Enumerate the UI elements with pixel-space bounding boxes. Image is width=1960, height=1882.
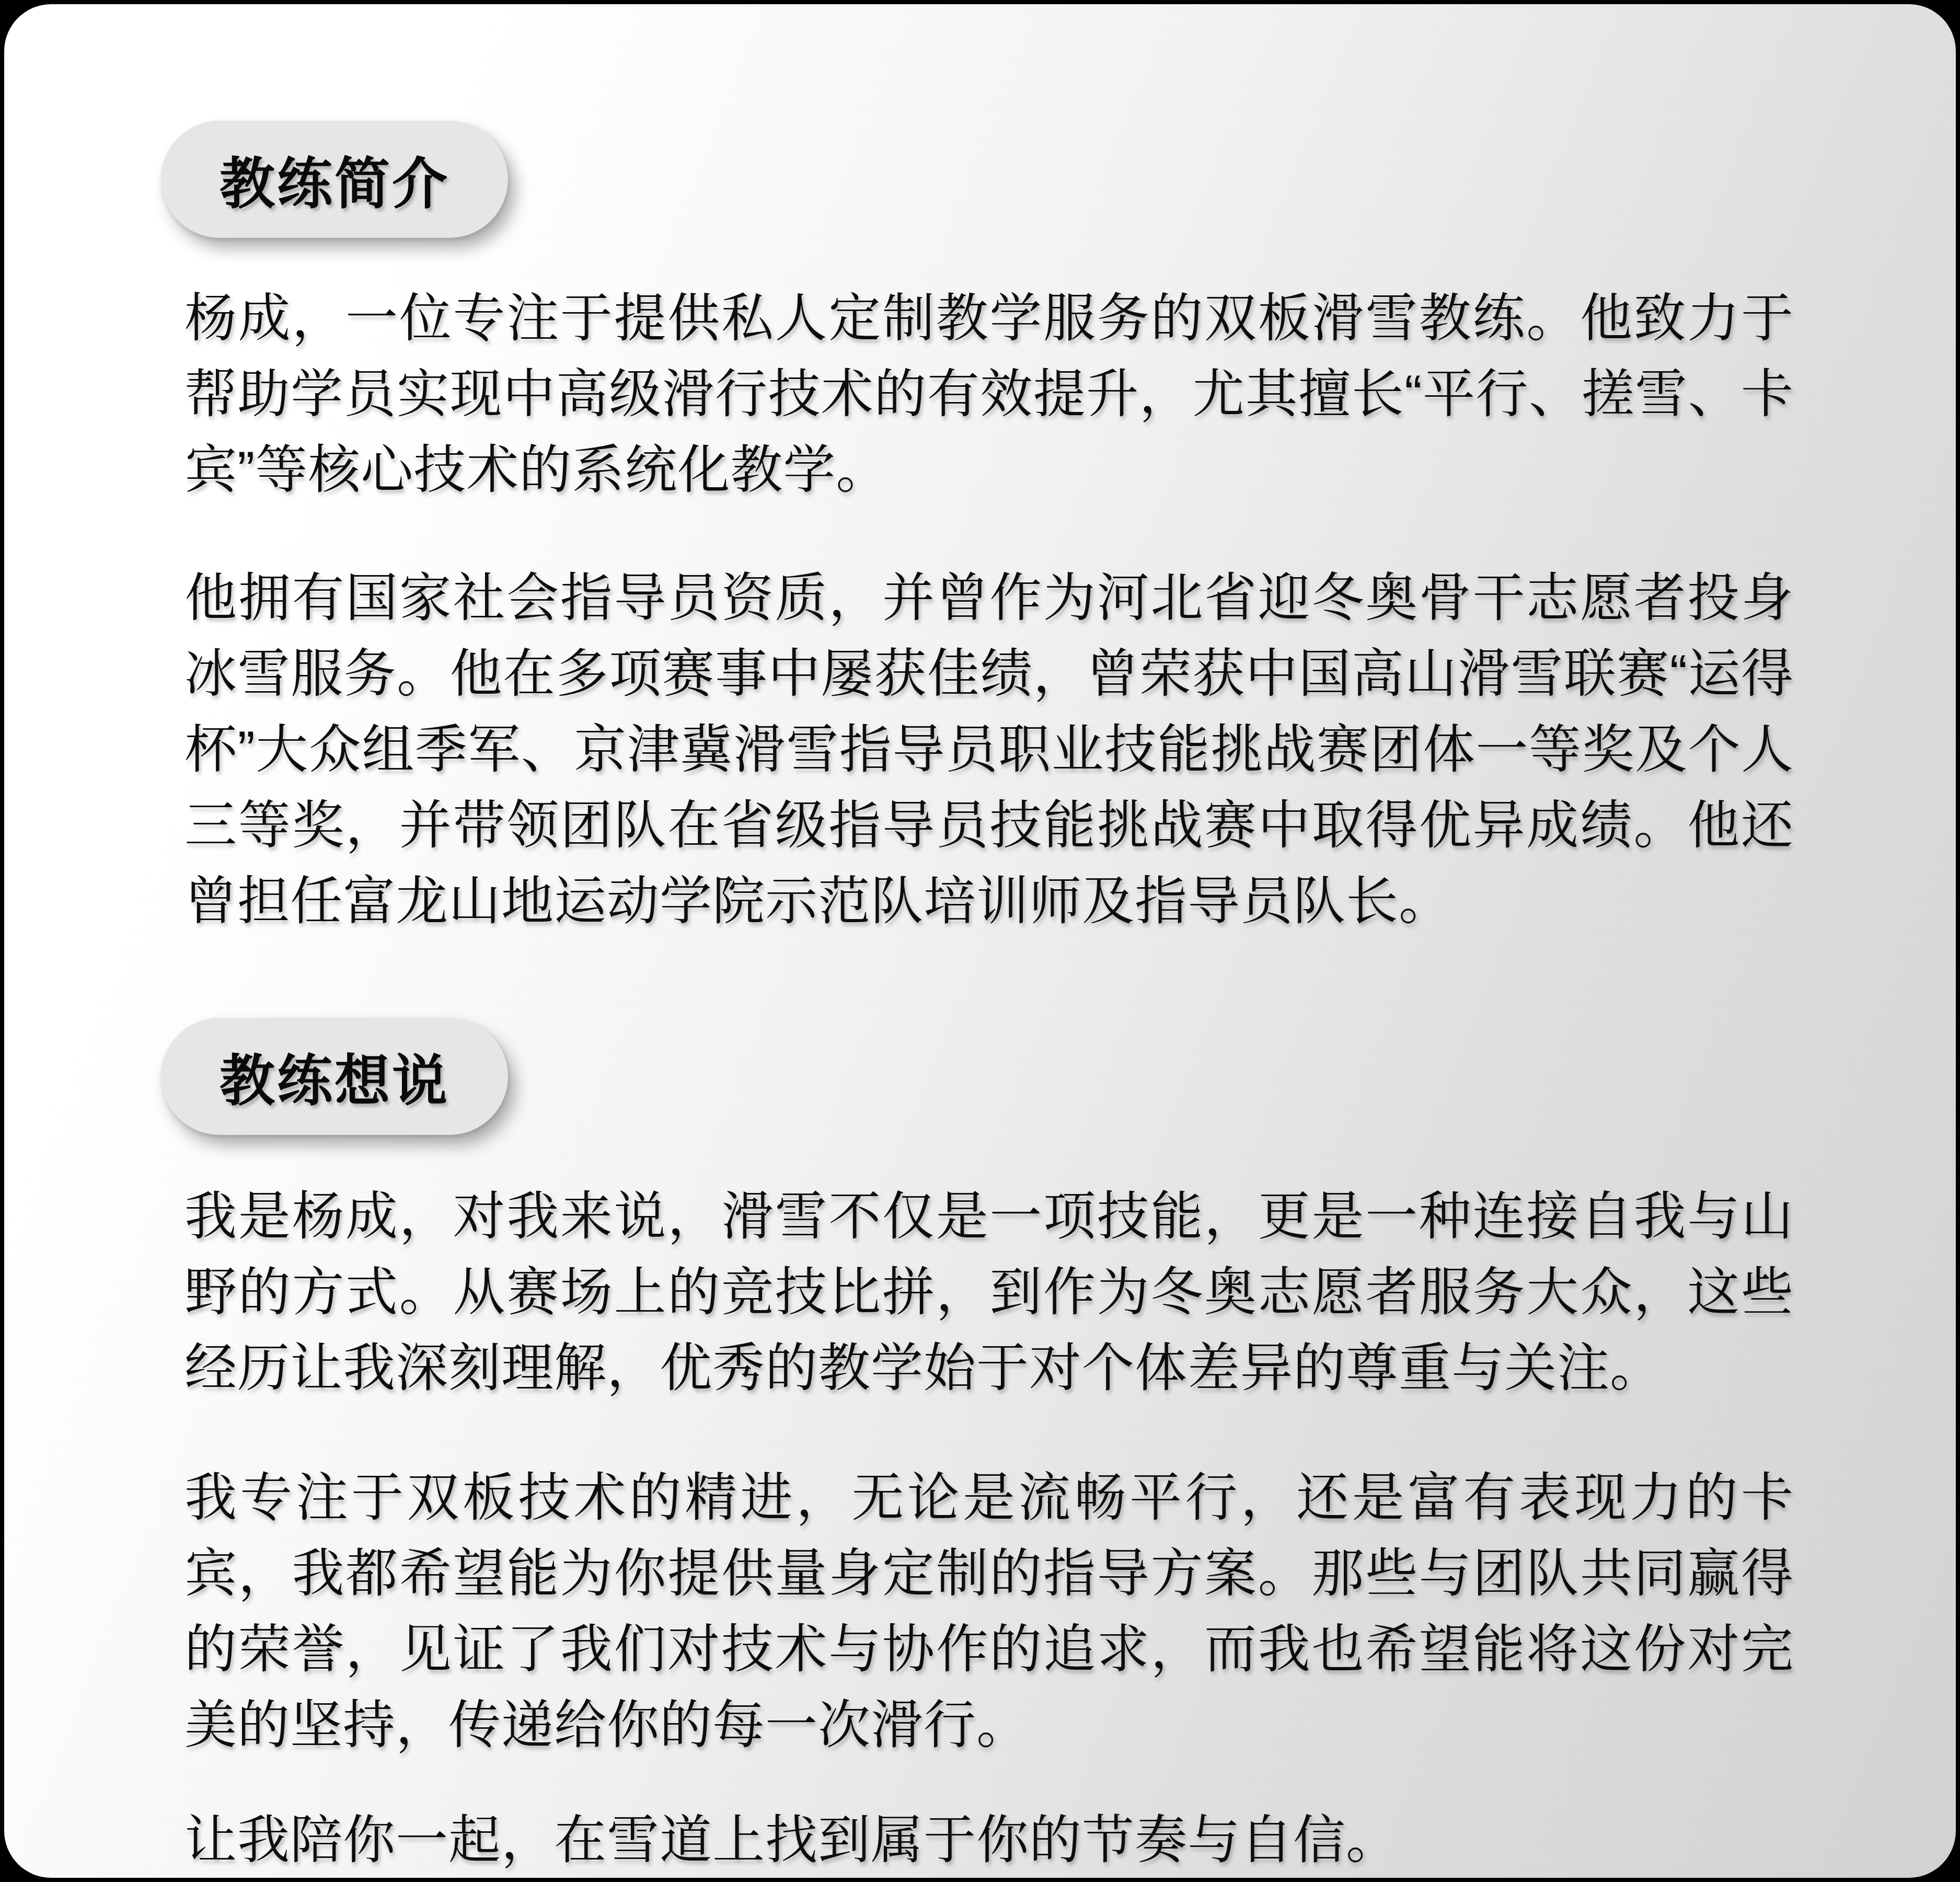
section-badge-coach-message-label: 教练想说 <box>220 1050 449 1112</box>
coach-intro-paragraph-1: 杨成，一位专注于提供私人定制教学服务的双板滑雪教练。他致力于帮助学员实现中高级滑… <box>185 281 1794 508</box>
coach-intro-paragraph-2: 他拥有国家社会指导员资质，并曾作为河北省迎冬奥骨干志愿者投身冰雪服务。他在多项赛… <box>185 560 1794 939</box>
section-badge-coach-message: 教练想说 <box>161 1018 508 1135</box>
coach-message-paragraph-3: 让我陪你一起，在雪道上找到属于你的节奏与自信。 <box>185 1803 1794 1878</box>
coach-message-paragraph-2: 我专注于双板技术的精进，无论是流畅平行，还是富有表现力的卡宾，我都希望能为你提供… <box>185 1460 1794 1763</box>
section-badge-coach-intro: 教练简介 <box>161 121 508 238</box>
page-background: 教练简介 杨成，一位专注于提供私人定制教学服务的双板滑雪教练。他致力于帮助学员实… <box>0 0 1960 1882</box>
section-badge-coach-intro-label: 教练简介 <box>220 153 449 215</box>
coach-profile-card: 教练简介 杨成，一位专注于提供私人定制教学服务的双板滑雪教练。他致力于帮助学员实… <box>4 4 1956 1878</box>
coach-message-paragraph-1: 我是杨成，对我来说，滑雪不仅是一项技能，更是一种连接自我与山野的方式。从赛场上的… <box>185 1179 1794 1406</box>
